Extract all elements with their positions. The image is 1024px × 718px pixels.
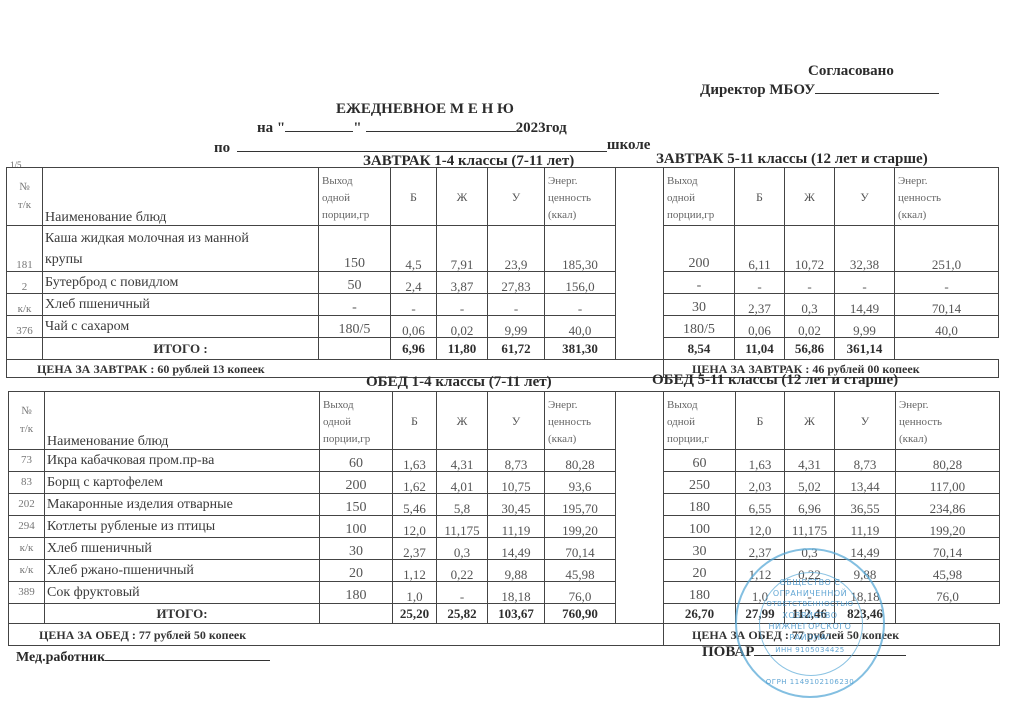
zh-cell: 4,31	[785, 450, 835, 472]
header-line: ценность	[898, 192, 941, 204]
b-cell: 1,0	[393, 582, 437, 604]
portion-cell: 30	[320, 538, 393, 560]
num-header: №	[19, 181, 30, 193]
b-cell: 2,37	[735, 294, 785, 316]
u-cell: 11,19	[835, 516, 896, 538]
school-suffix: школе	[607, 137, 650, 153]
header-line: (ккал)	[548, 209, 576, 221]
portion-cell: -	[319, 294, 391, 316]
empty-cell	[9, 604, 45, 624]
dish-code: 294	[9, 516, 45, 538]
dish-name: Каша жидкая молочная из маннойкрупы	[43, 226, 319, 272]
total-energy: 760,90	[545, 604, 616, 624]
energy-cell: 93,6	[545, 472, 616, 494]
u-cell: 8,73	[835, 450, 896, 472]
total-u: 56,86	[785, 338, 835, 360]
zh-cell: 0,3	[785, 294, 835, 316]
header-line: одной	[323, 416, 351, 428]
table-row: 294Котлеты рубленые из птицы10012,011,17…	[9, 516, 1000, 538]
medic-signature-blank	[105, 659, 270, 661]
breakfast-senior-title: ЗАВТРАК 5-11 классы (12 лет и старше)	[656, 151, 928, 168]
b-cell: -	[391, 294, 437, 316]
energy-cell: -	[895, 272, 999, 294]
cook-signature-line: ПОВАР	[702, 644, 906, 661]
header-line: Выход	[322, 175, 353, 187]
header-line: ценность	[548, 416, 591, 428]
total-b: 8,54	[664, 338, 735, 360]
u-cell: 14,49	[835, 538, 896, 560]
total-u: 112,46	[785, 604, 835, 624]
fat-column-header: Ж	[437, 168, 488, 226]
total-zh: 27,99	[736, 604, 785, 624]
portion-column-header: Выхододнойпорции,гр	[320, 392, 393, 450]
header-line: Энерг.	[899, 399, 929, 411]
header-line: Выход	[323, 399, 354, 411]
dish-name: Сок фруктовый	[45, 582, 320, 604]
energy-cell: 185,30	[545, 226, 616, 272]
header-line: Выход	[667, 175, 698, 187]
protein-column-header: Б	[393, 392, 437, 450]
day-blank	[285, 130, 353, 132]
u-cell: 11,19	[488, 516, 545, 538]
energy-cell: 195,70	[545, 494, 616, 516]
total-energy: 823,46	[835, 604, 896, 624]
zh-cell: 0,22	[785, 560, 835, 582]
lunch-table: №т/кНаименование блюдВыхододнойпорции,гр…	[8, 391, 1000, 646]
energy-cell: 70,14	[896, 538, 1000, 560]
b-cell: 6,55	[736, 494, 785, 516]
header-line: одной	[322, 192, 350, 204]
energy-column-header: Энерг.ценность(ккал)	[545, 392, 616, 450]
total-zh: 11,80	[437, 338, 488, 360]
price-junior: ЦЕНА ЗА ЗАВТРАК : 60 рублей 13 копеек	[7, 360, 664, 378]
dish-code: 389	[9, 582, 45, 604]
energy-cell: 40,0	[895, 316, 999, 338]
dish-code: к/к	[9, 538, 45, 560]
dish-code: к/к	[7, 294, 43, 316]
energy-cell: 76,0	[896, 582, 1000, 604]
zh-cell: 0,02	[785, 316, 835, 338]
u-cell: 32,38	[835, 226, 895, 272]
dish-code: 83	[9, 472, 45, 494]
table-row: 389Сок фруктовый1801,0-18,1876,01801,0-1…	[9, 582, 1000, 604]
zh-cell: 11,175	[437, 516, 488, 538]
energy-cell: 70,14	[545, 538, 616, 560]
portion-cell: 180	[320, 582, 393, 604]
u-cell: 9,99	[835, 316, 895, 338]
total-b: 26,70	[664, 604, 736, 624]
b-cell: 1,0	[736, 582, 785, 604]
b-cell: 0,06	[735, 316, 785, 338]
b-cell: 0,06	[391, 316, 437, 338]
table-row: 202Макаронные изделия отварные1505,465,8…	[9, 494, 1000, 516]
u-cell: 23,9	[488, 226, 545, 272]
total-energy: 361,14	[835, 338, 895, 360]
carbs-column-header: У	[488, 168, 545, 226]
b-cell: 2,37	[736, 538, 785, 560]
zh-cell: 4,01	[437, 472, 488, 494]
portion-cell: 180/5	[319, 316, 391, 338]
header-line: (ккал)	[899, 433, 927, 445]
protein-column-header: Б	[391, 168, 437, 226]
u-cell: 36,55	[835, 494, 896, 516]
dish-name: Хлеб пшеничный	[45, 538, 320, 560]
director-signature-line: Директор МБОУ	[700, 82, 939, 99]
b-cell: -	[735, 272, 785, 294]
num-column-header: №т/к	[7, 168, 43, 226]
gap-column	[616, 168, 664, 360]
year-label: 2023год	[516, 120, 567, 136]
portion-cell: 30	[664, 538, 736, 560]
zh-cell: 7,91	[437, 226, 488, 272]
dish-name: Макаронные изделия отварные	[45, 494, 320, 516]
header-line: (ккал)	[548, 433, 576, 445]
u-cell: 30,45	[488, 494, 545, 516]
header-line: одной	[667, 416, 695, 428]
gap-column	[616, 392, 664, 624]
u-cell: 10,75	[488, 472, 545, 494]
header-line: Выход	[667, 399, 698, 411]
lunch-junior-title: ОБЕД 1-4 классы (7-11 лет)	[366, 374, 552, 391]
b-cell: 12,0	[736, 516, 785, 538]
carbs-column-header: У	[835, 392, 896, 450]
director-label: Директор МБОУ	[700, 82, 815, 98]
portion-column-header: Выхододнойпорции,г	[664, 392, 736, 450]
code-header: т/к	[18, 199, 31, 211]
header-line: порции,гр	[322, 209, 369, 221]
u-cell: 14,49	[488, 538, 545, 560]
u-cell: 9,99	[488, 316, 545, 338]
energy-cell: 45,98	[896, 560, 1000, 582]
b-cell: 5,46	[393, 494, 437, 516]
carbs-column-header: У	[835, 168, 895, 226]
zh-cell: 0,3	[437, 538, 488, 560]
b-cell: 6,11	[735, 226, 785, 272]
b-cell: 2,37	[393, 538, 437, 560]
zh-cell: 4,31	[437, 450, 488, 472]
lunch-senior-title: ОБЕД 5-11 классы (12 лет и старше)	[652, 372, 898, 389]
b-cell: 1,63	[736, 450, 785, 472]
u-cell: 14,49	[835, 294, 895, 316]
zh-cell: 5,8	[437, 494, 488, 516]
zh-cell: 5,02	[785, 472, 835, 494]
header-line: Энерг.	[548, 175, 578, 187]
num-header: №	[21, 405, 32, 417]
b-cell: 1,12	[736, 560, 785, 582]
b-cell: 1,62	[393, 472, 437, 494]
price-junior: ЦЕНА ЗА ОБЕД : 77 рублей 50 копеек	[9, 624, 664, 646]
header-line: (ккал)	[898, 209, 926, 221]
portion-cell: 200	[664, 226, 735, 272]
dish-code: к/к	[9, 560, 45, 582]
energy-cell: 199,20	[896, 516, 1000, 538]
header-row: №т/кНаименование блюдВыхододнойпорции,гр…	[9, 392, 1000, 450]
dish-name-column-header: Наименование блюд	[43, 168, 319, 226]
cook-label: ПОВАР	[702, 644, 754, 660]
energy-cell: 117,00	[896, 472, 1000, 494]
zh-cell: 11,175	[785, 516, 835, 538]
table-row: к/кХлеб ржано-пшеничный201,120,229,8845,…	[9, 560, 1000, 582]
energy-cell: 199,20	[545, 516, 616, 538]
u-cell: 18,18	[488, 582, 545, 604]
fat-column-header: Ж	[437, 392, 488, 450]
energy-cell: 45,98	[545, 560, 616, 582]
header-line: порции,гр	[667, 209, 714, 221]
zh-cell: -	[785, 272, 835, 294]
b-cell: 1,63	[393, 450, 437, 472]
table-row: 73Икра кабачковая пром.пр-ва601,634,318,…	[9, 450, 1000, 472]
empty-cell	[7, 338, 43, 360]
energy-cell: -	[545, 294, 616, 316]
energy-cell: 234,86	[896, 494, 1000, 516]
portion-cell: 180	[664, 582, 736, 604]
u-cell: -	[835, 272, 895, 294]
portion-cell: 60	[664, 450, 736, 472]
date-quote: "	[353, 120, 361, 136]
dish-name: Котлеты рубленые из птицы	[45, 516, 320, 538]
medic-signature-line: Мед.работник	[16, 650, 270, 666]
table-row: 2Бутерброд с повидлом502,43,8727,83156,0…	[7, 272, 999, 294]
portion-cell: 200	[320, 472, 393, 494]
dish-name-column-header: Наименование блюд	[45, 392, 320, 450]
header-line: порции,г	[667, 433, 709, 445]
portion-cell: 30	[664, 294, 735, 316]
total-u: 61,72	[488, 338, 545, 360]
dish-name: Чай с сахаром	[43, 316, 319, 338]
zh-cell: 6,96	[785, 494, 835, 516]
portion-column-header: Выхододнойпорции,гр	[319, 168, 391, 226]
zh-cell: 0,22	[437, 560, 488, 582]
total-energy: 381,30	[545, 338, 616, 360]
table-row: к/кХлеб пшеничный302,370,314,4970,14302,…	[9, 538, 1000, 560]
energy-cell: 40,0	[545, 316, 616, 338]
price-senior: ЦЕНА ЗА ОБЕД : 77 рублей 50 копеек	[664, 624, 1000, 646]
b-cell: 2,4	[391, 272, 437, 294]
zh-cell: -	[437, 582, 488, 604]
energy-column-header: Энерг.ценность(ккал)	[896, 392, 1000, 450]
num-column-header: №т/к	[9, 392, 45, 450]
empty-cell	[319, 338, 391, 360]
total-u: 103,67	[488, 604, 545, 624]
total-row: ИТОГО:25,2025,82103,67760,9026,7027,9911…	[9, 604, 1000, 624]
dish-code: 2	[7, 272, 43, 294]
portion-cell: 20	[664, 560, 736, 582]
total-label: ИТОГО:	[45, 604, 320, 624]
cook-signature-blank	[754, 654, 906, 656]
dish-code: 181	[7, 226, 43, 272]
energy-cell: 251,0	[895, 226, 999, 272]
protein-column-header: Б	[735, 168, 785, 226]
u-cell: 18,18	[835, 582, 896, 604]
u-cell: 9,88	[835, 560, 896, 582]
portion-cell: 150	[319, 226, 391, 272]
table-row: 181Каша жидкая молочная из маннойкрупы15…	[7, 226, 999, 272]
total-b: 6,96	[391, 338, 437, 360]
month-blank	[366, 130, 516, 132]
dish-name: Хлеб пшеничный	[43, 294, 319, 316]
u-cell: 27,83	[488, 272, 545, 294]
table-row: 376Чай с сахаром180/50,060,029,9940,0180…	[7, 316, 999, 338]
dish-code: 376	[7, 316, 43, 338]
zh-cell: -	[437, 294, 488, 316]
price-row: ЦЕНА ЗА ОБЕД : 77 рублей 50 копеекЦЕНА З…	[9, 624, 1000, 646]
zh-cell: -	[785, 582, 835, 604]
portion-cell: 250	[664, 472, 736, 494]
page-title: ЕЖЕДНЕВНОЕ М Е Н Ю	[336, 101, 514, 118]
header-line: ценность	[548, 192, 591, 204]
header-line: ценность	[899, 416, 942, 428]
dish-code: 202	[9, 494, 45, 516]
total-b: 25,20	[393, 604, 437, 624]
carbs-column-header: У	[488, 392, 545, 450]
header-line: порции,гр	[323, 433, 370, 445]
total-zh: 11,04	[735, 338, 785, 360]
b-cell: 4,5	[391, 226, 437, 272]
portion-cell: 50	[319, 272, 391, 294]
total-label: ИТОГО :	[43, 338, 319, 360]
header-row: №т/кНаименование блюдВыхододнойпорции,гр…	[7, 168, 999, 226]
total-row: ИТОГО :6,9611,8061,72381,308,5411,0456,8…	[7, 338, 999, 360]
energy-cell: 80,28	[545, 450, 616, 472]
header-line: Энерг.	[898, 175, 928, 187]
date-line: на ""2023год	[257, 120, 567, 137]
date-prefix: на "	[257, 120, 285, 136]
u-cell: 13,44	[835, 472, 896, 494]
dish-name: Икра кабачковая пром.пр-ва	[45, 450, 320, 472]
portion-column-header: Выхододнойпорции,гр	[664, 168, 735, 226]
dish-name: Хлеб ржано-пшеничный	[45, 560, 320, 582]
portion-cell: 20	[320, 560, 393, 582]
energy-cell: 156,0	[545, 272, 616, 294]
header-line: Энерг.	[548, 399, 578, 411]
dish-code: 73	[9, 450, 45, 472]
medic-label: Мед.работник	[16, 650, 105, 665]
approved-label: Согласовано	[808, 63, 894, 80]
empty-cell	[320, 604, 393, 624]
dish-name-line: крупы	[45, 252, 83, 267]
protein-column-header: Б	[736, 392, 785, 450]
dish-name-line: Каша жидкая молочная из манной	[45, 231, 249, 246]
energy-cell: 80,28	[896, 450, 1000, 472]
u-cell: -	[488, 294, 545, 316]
fat-column-header: Ж	[785, 392, 835, 450]
portion-cell: 60	[320, 450, 393, 472]
total-zh: 25,82	[437, 604, 488, 624]
zh-cell: 3,87	[437, 272, 488, 294]
school-prefix: по	[214, 140, 230, 156]
stamp-text: ОГРН 1149102106230	[737, 678, 883, 686]
school-name-blank	[237, 150, 607, 152]
u-cell: 8,73	[488, 450, 545, 472]
breakfast-table: №т/кНаименование блюдВыхододнойпорции,гр…	[6, 167, 999, 378]
portion-cell: 100	[664, 516, 736, 538]
portion-cell: -	[664, 272, 735, 294]
portion-cell: 150	[320, 494, 393, 516]
zh-cell: 0,3	[785, 538, 835, 560]
portion-cell: 180	[664, 494, 736, 516]
b-cell: 1,12	[393, 560, 437, 582]
energy-column-header: Энерг.ценность(ккал)	[545, 168, 616, 226]
fat-column-header: Ж	[785, 168, 835, 226]
energy-column-header: Энерг.ценность(ккал)	[895, 168, 999, 226]
energy-cell: 76,0	[545, 582, 616, 604]
dish-name: Бутерброд с повидлом	[43, 272, 319, 294]
code-header: т/к	[20, 423, 33, 435]
table-row: 83Борщ с картофелем2001,624,0110,7593,62…	[9, 472, 1000, 494]
table-row: к/кХлеб пшеничный-----302,370,314,4970,1…	[7, 294, 999, 316]
zh-cell: 0,02	[437, 316, 488, 338]
energy-cell: 70,14	[895, 294, 999, 316]
header-line: одной	[667, 192, 695, 204]
portion-cell: 100	[320, 516, 393, 538]
zh-cell: 10,72	[785, 226, 835, 272]
u-cell: 9,88	[488, 560, 545, 582]
dish-name: Борщ с картофелем	[45, 472, 320, 494]
director-signature-blank	[815, 92, 939, 94]
b-cell: 2,03	[736, 472, 785, 494]
b-cell: 12,0	[393, 516, 437, 538]
portion-cell: 180/5	[664, 316, 735, 338]
